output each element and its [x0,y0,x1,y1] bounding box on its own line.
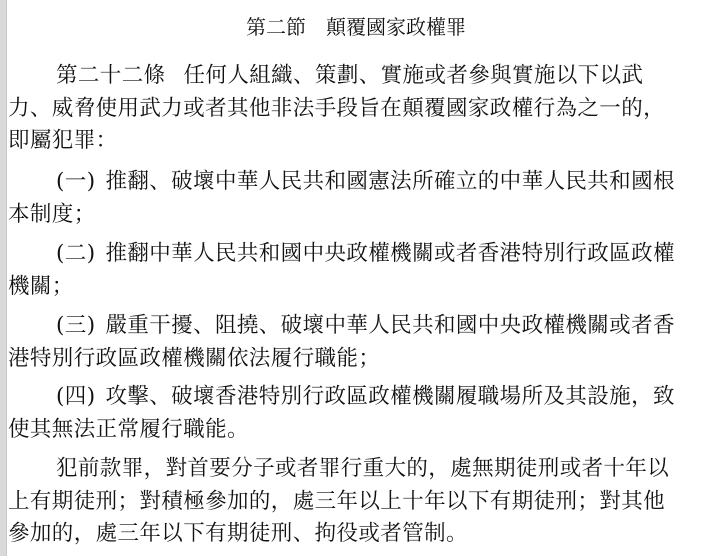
list-item: (三)嚴重干擾、阻撓、破壞中華人民共和國中央政權機關或者香 港特別行政區政權機關… [8,310,698,375]
article-line-3: 即屬犯罪： [8,125,698,158]
article-line-1: 第二十二條任何人組織、策劃、實施或者參與實施以下以武 [8,60,698,93]
item-marker: (三) [56,313,95,338]
section-label: 第二節 [246,15,306,39]
section-title: 顛覆國家政權罪 [326,15,466,39]
left-margin-strip [0,0,7,556]
list-item: (四)攻擊、破壞香港特別行政區政權機關履職場所及其設施，致 使其無法正常履行職能… [8,381,698,446]
item-marker: (四) [56,384,95,409]
item-marker: (二) [56,241,95,266]
item-marker: (一) [56,169,95,194]
list-item: (二)推翻中華人民共和國中央政權機關或者香港特別行政區政權 機關； [8,238,698,303]
article-paragraph: 第二十二條任何人組織、策劃、實施或者參與實施以下以武 力、威脅使用武力或者其他非… [8,60,698,158]
section-heading: 第二節顛覆國家政權罪 [8,14,704,40]
article-line-2: 力、威脅使用武力或者其他非法手段旨在顛覆國家政權行為之一的， [8,93,698,126]
document-page: 第二節顛覆國家政權罪 第二十二條任何人組織、策劃、實施或者參與實施以下以武 力、… [8,0,696,556]
penalty-paragraph: 犯前款罪，對首要分子或者罪行重大的，處無期徒刑或者十年以 上有期徒刑；對積極參加… [8,453,698,551]
article-number: 第二十二條 [56,63,166,88]
list-item: (一)推翻、破壞中華人民共和國憲法所確立的中華人民共和國根 本制度； [8,166,698,231]
